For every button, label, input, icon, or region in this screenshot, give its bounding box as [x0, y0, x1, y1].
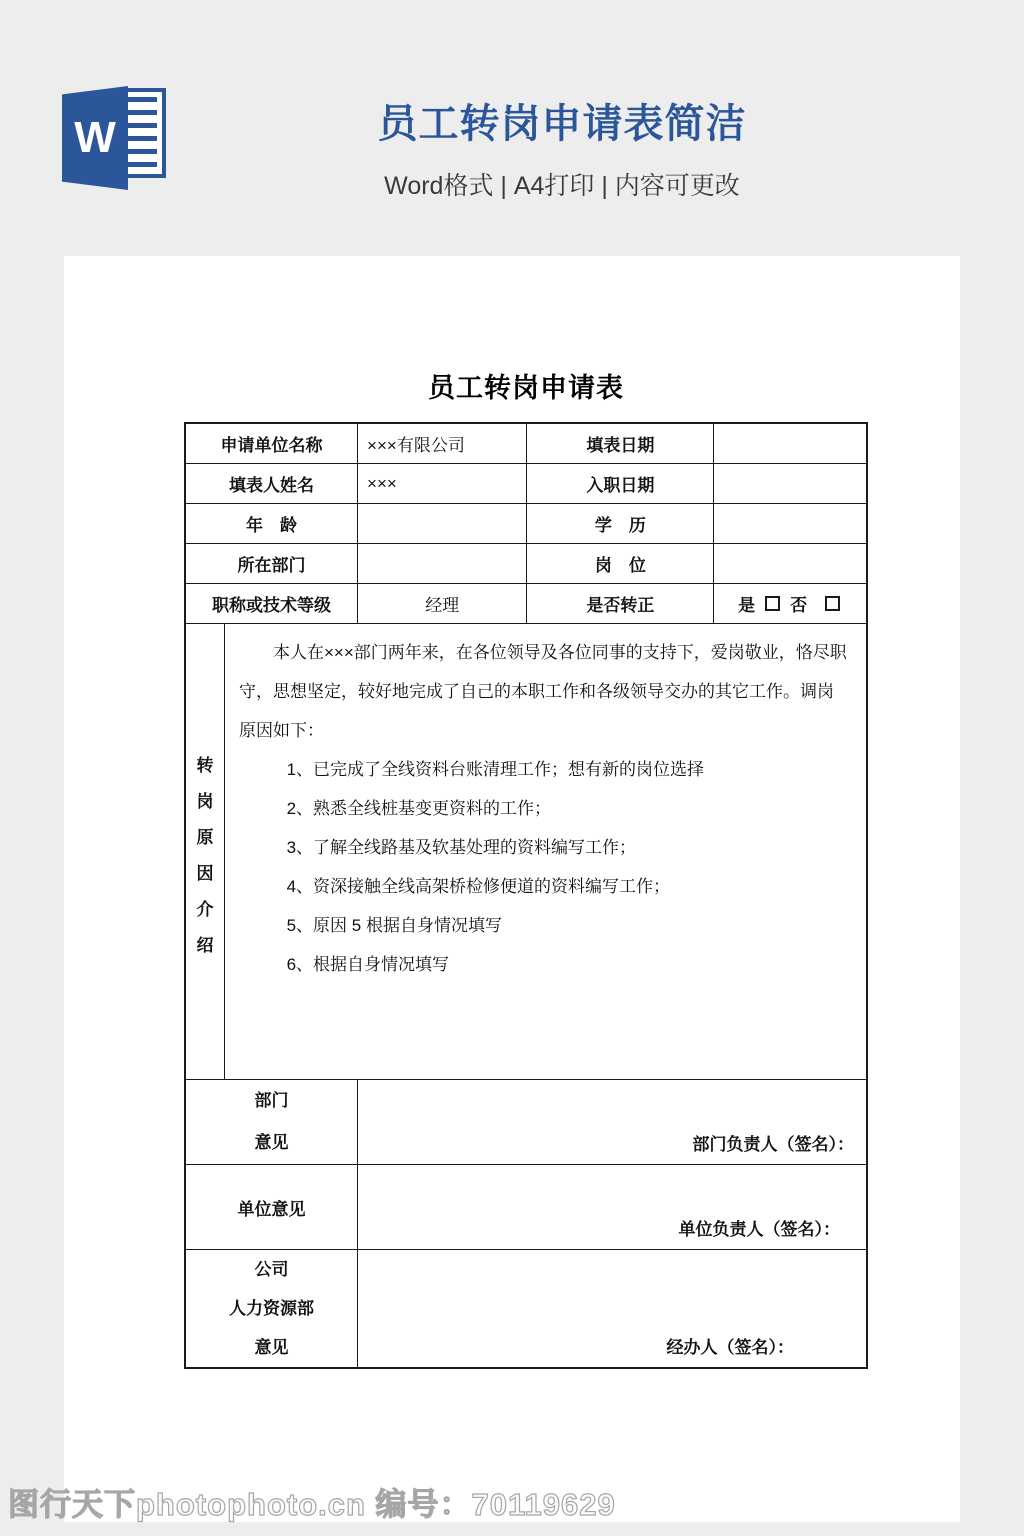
label-hr-opinion: 公司 人力资源部 意见	[186, 1250, 358, 1367]
value-age[interactable]	[358, 504, 527, 543]
no-checkbox[interactable]	[825, 596, 840, 611]
hr-opinion-area[interactable]: 经办人（签名）：	[358, 1250, 866, 1367]
header-banner: W 员工转岗申请表简洁 Word格式 | A4打印 | 内容可更改	[0, 0, 1024, 256]
value-position[interactable]	[714, 544, 866, 583]
label-regularized: 是否转正	[527, 584, 714, 623]
unit-opinion-area[interactable]: 单位负责人（签名）：	[358, 1165, 866, 1249]
value-department[interactable]	[358, 544, 527, 583]
reason-paragraph: 本人在×××部门两年来，在各位领导及各位同事的支持下，爱岗敬业，恪尽职守，思想坚…	[239, 633, 850, 750]
department-signature-label: 部门负责人（签名）：	[693, 1130, 855, 1155]
reason-item-6: 6、根据自身情况填写	[239, 945, 850, 984]
label-line: 人力资源部	[229, 1289, 314, 1328]
label-age: 年 龄	[186, 504, 358, 543]
value-education[interactable]	[714, 504, 866, 543]
table-row-transfer-reason: 转 岗 原 因 介 绍 本人在×××部门两年来，在各位领导及各位同事的支持下，爱…	[186, 624, 866, 1080]
label-line: 意见	[255, 1328, 289, 1367]
label-title-grade: 职称或技术等级	[186, 584, 358, 623]
hr-signature-label: 经办人（签名）：	[667, 1333, 795, 1358]
label-department: 所在部门	[186, 544, 358, 583]
label-fill-date: 填表日期	[527, 424, 714, 463]
department-opinion-area[interactable]: 部门负责人（签名）：	[358, 1080, 866, 1164]
vertical-char: 岗	[197, 784, 214, 820]
document-page: 员工转岗申请表 申请单位名称 ×××有限公司 填表日期 填表人姓名 ××× 入职…	[64, 256, 960, 1522]
label-line: 部门	[255, 1080, 289, 1122]
value-fill-date[interactable]	[714, 424, 866, 463]
label-line: 意见	[255, 1122, 289, 1164]
yes-label: 是	[738, 591, 755, 616]
value-applicant-name: ×××	[358, 464, 527, 503]
table-row-title-grade: 职称或技术等级 经理 是否转正 是 否	[186, 584, 866, 624]
table-row-company: 申请单位名称 ×××有限公司 填表日期	[186, 424, 866, 464]
site-watermark: 图行天下photophoto.cn 编号：70119629	[8, 1479, 616, 1524]
template-title: 员工转岗申请表简洁	[100, 92, 1024, 149]
reason-item-1: 1、已完成了全线资料台账清理工作；想有新的岗位选择	[239, 750, 850, 789]
vertical-char: 介	[197, 892, 214, 928]
reason-item-2: 2、熟悉全线桩基变更资料的工作；	[239, 789, 850, 828]
form-title: 员工转岗申请表	[184, 366, 868, 405]
label-company-name: 申请单位名称	[186, 424, 358, 463]
vertical-char: 转	[197, 748, 214, 784]
label-department-opinion: 部门 意见	[186, 1080, 358, 1164]
label-education: 学 历	[527, 504, 714, 543]
value-company-name: ×××有限公司	[358, 424, 527, 463]
value-regularized: 是 否	[714, 584, 866, 623]
reason-item-5: 5、原因 5 根据自身情况填写	[239, 906, 850, 945]
table-row-unit-opinion: 单位意见 单位负责人（签名）：	[186, 1165, 866, 1250]
label-applicant-name: 填表人姓名	[186, 464, 358, 503]
template-subtitle: Word格式 | A4打印 | 内容可更改	[100, 166, 1024, 202]
value-hire-date[interactable]	[714, 464, 866, 503]
unit-signature-label: 单位负责人（签名）：	[679, 1215, 841, 1240]
table-row-department: 所在部门 岗 位	[186, 544, 866, 584]
table-row-hr-opinion: 公司 人力资源部 意见 经办人（签名）：	[186, 1250, 866, 1367]
transfer-reason-vertical-label: 转 岗 原 因 介 绍	[186, 624, 225, 1079]
header-text: 员工转岗申请表简洁 Word格式 | A4打印 | 内容可更改	[100, 92, 1024, 202]
transfer-reason-content: 本人在×××部门两年来，在各位领导及各位同事的支持下，爱岗敬业，恪尽职守，思想坚…	[225, 624, 866, 1079]
vertical-char: 原	[197, 820, 214, 856]
label-line: 单位意见	[238, 1195, 306, 1220]
table-row-age: 年 龄 学 历	[186, 504, 866, 544]
label-unit-opinion: 单位意见	[186, 1165, 358, 1249]
vertical-char: 绍	[197, 928, 214, 964]
reason-item-3: 3、了解全线路基及软基处理的资料编写工作；	[239, 828, 850, 867]
label-hire-date: 入职日期	[527, 464, 714, 503]
yes-checkbox[interactable]	[765, 596, 780, 611]
table-row-department-opinion: 部门 意见 部门负责人（签名）：	[186, 1080, 866, 1165]
vertical-char: 因	[197, 856, 214, 892]
table-row-applicant: 填表人姓名 ××× 入职日期	[186, 464, 866, 504]
reason-item-4: 4、资深接触全线高架桥检修便道的资料编写工作；	[239, 867, 850, 906]
label-line: 公司	[255, 1250, 289, 1289]
label-position: 岗 位	[527, 544, 714, 583]
form-table: 申请单位名称 ×××有限公司 填表日期 填表人姓名 ××× 入职日期 年 龄 学…	[184, 422, 868, 1369]
no-label: 否	[790, 591, 807, 616]
value-title-grade: 经理	[358, 584, 527, 623]
